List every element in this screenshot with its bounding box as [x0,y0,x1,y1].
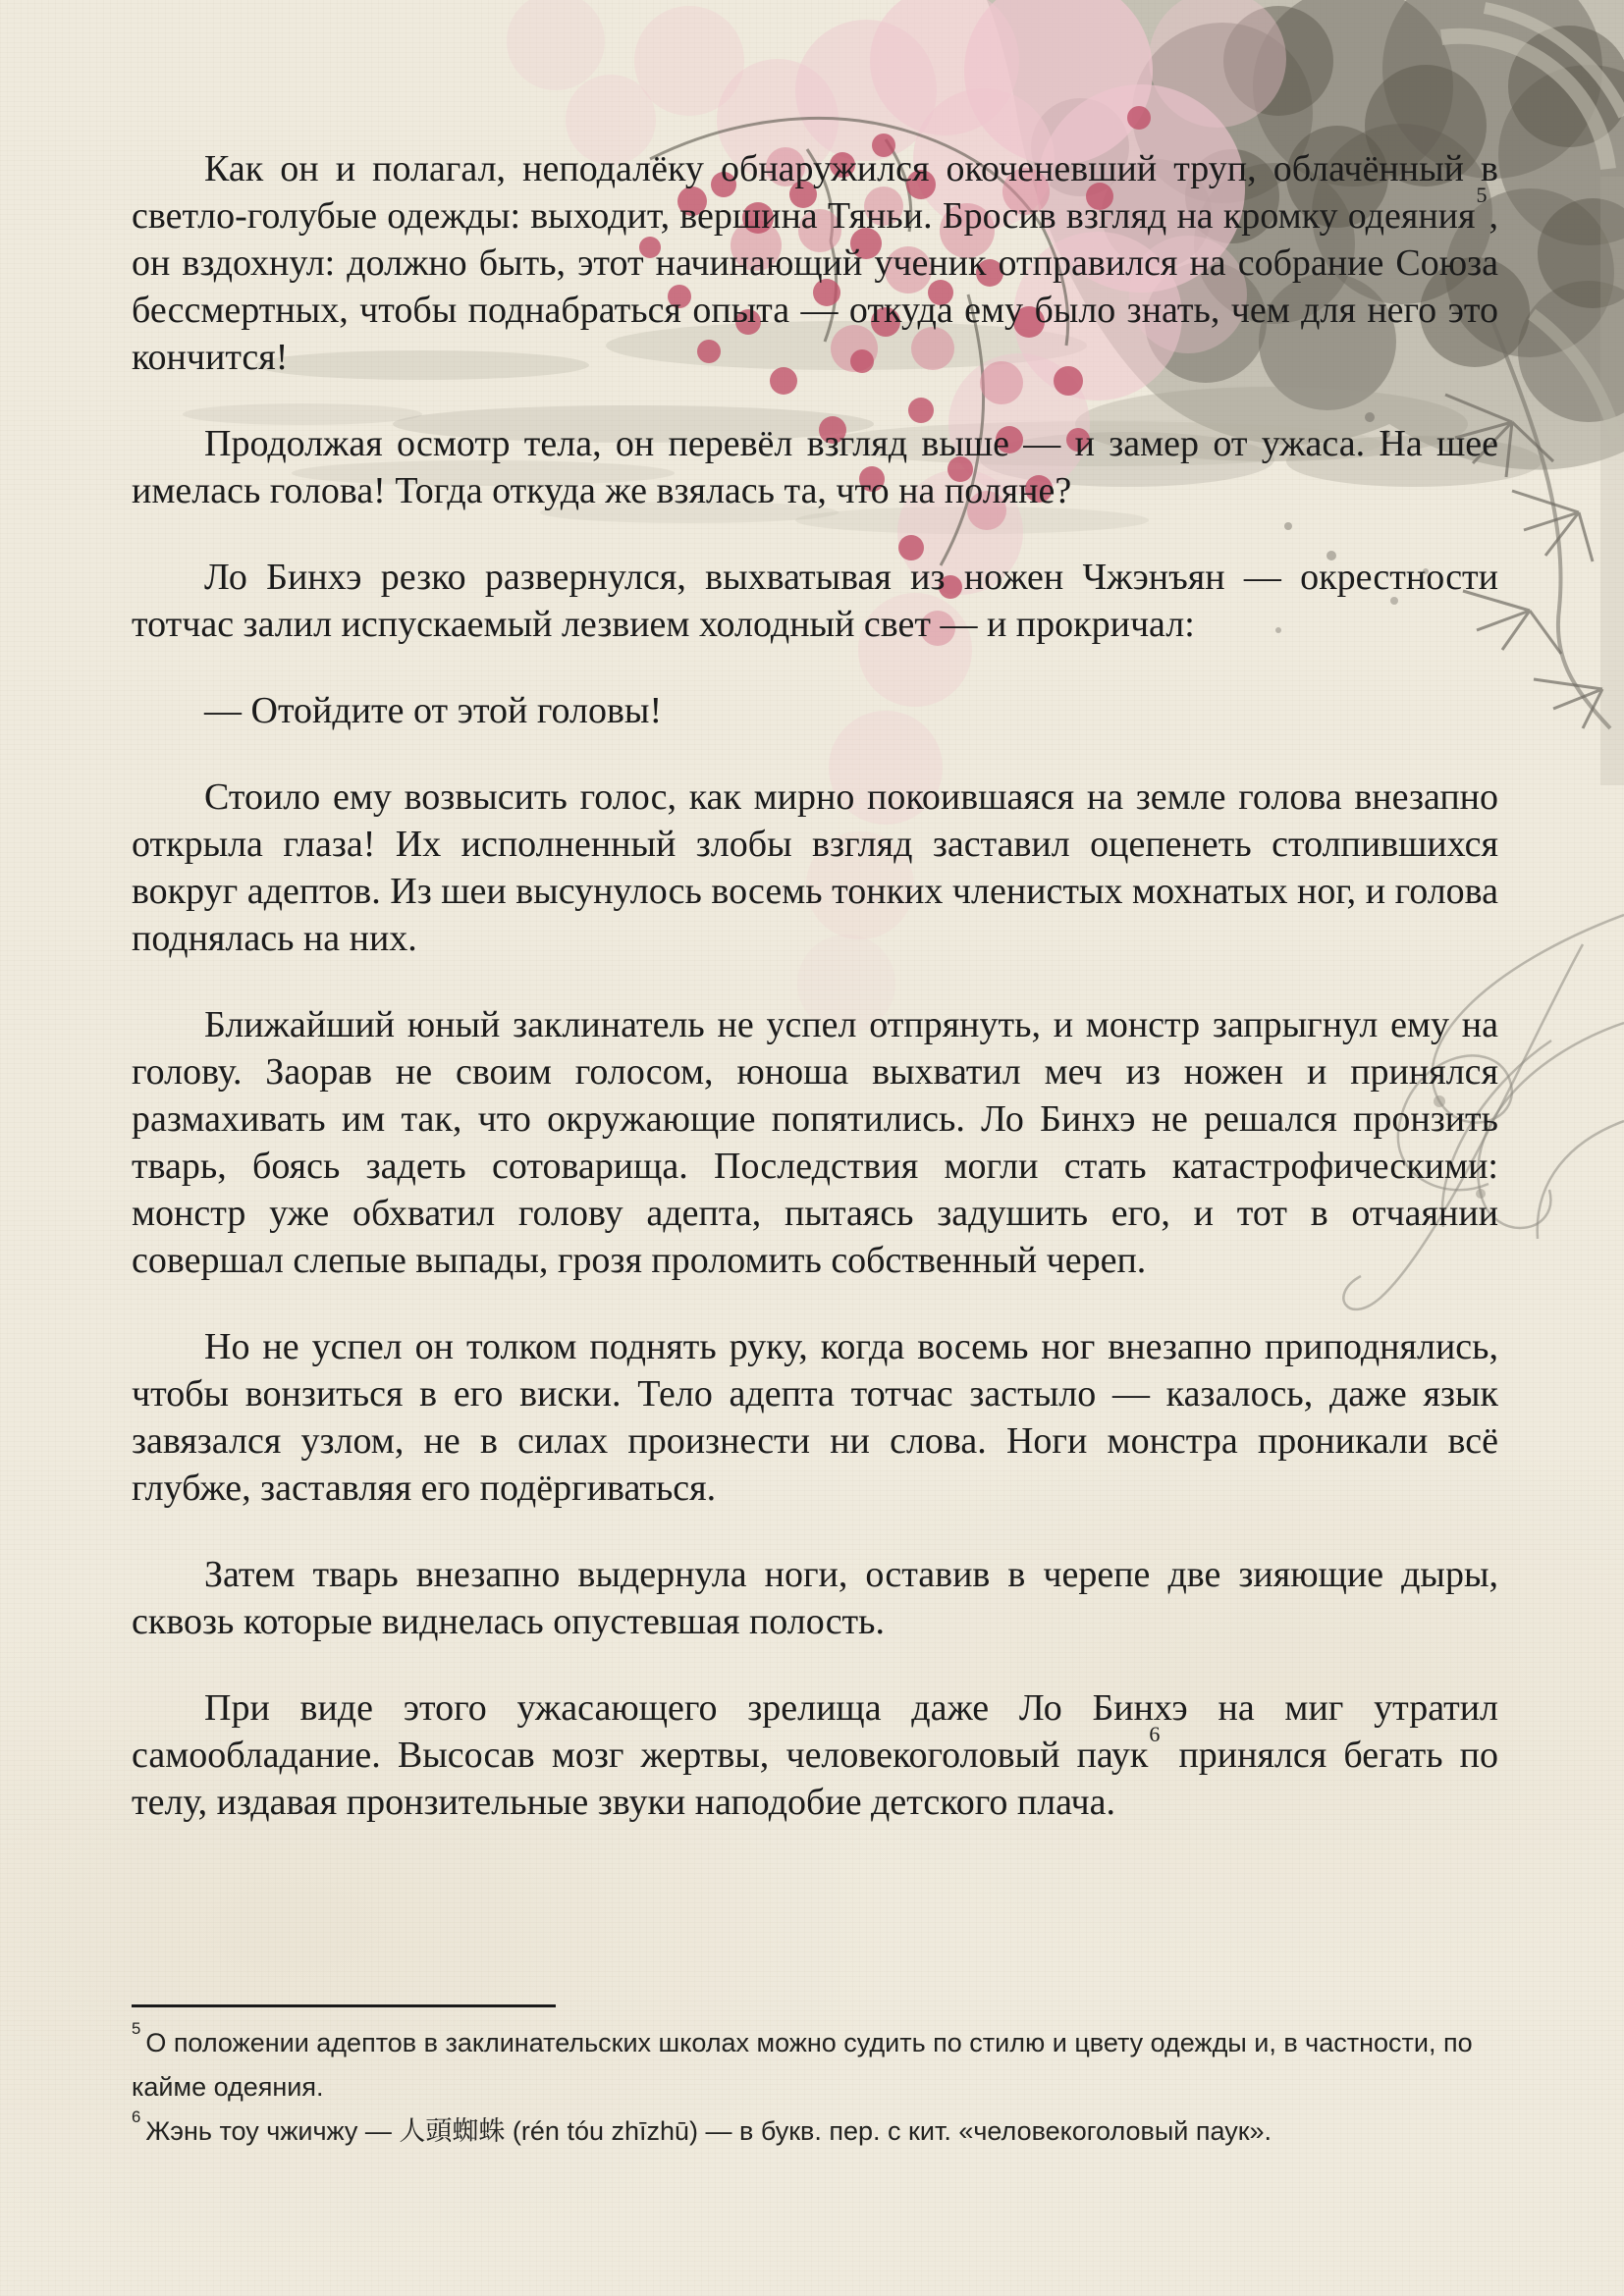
footnote-text: О положении адептов в заклинательских шк… [132,2028,1473,2102]
footnote-number: 5 [132,2019,140,2038]
paragraph-5: Стоило ему возвысить голос, как мирно по… [132,774,1498,962]
paragraph-3: Ло Бинхэ резко развернулся, выхватывая и… [132,554,1498,648]
paragraph-8: Затем тварь внезапно выдернула ноги, ост… [132,1551,1498,1645]
footnote-5: 5О положении адептов в заклинательских ш… [132,2021,1498,2109]
footnote-separator [132,2004,556,2007]
paragraph-text: Но не успел он толком поднять руку, когд… [132,1326,1498,1509]
footnote-text: Жэнь тоу чжичжу — 人頭蜘蛛 (rén tóu zhīzhū) … [145,2116,1272,2146]
paragraph-text: Продолжая осмотр тела, он перевёл взгляд… [132,423,1498,511]
paragraph-text: Ло Бинхэ резко развернулся, выхватывая и… [132,557,1498,645]
footnote-6: 6Жэнь тоу чжичжу — 人頭蜘蛛 (rén tóu zhīzhū)… [132,2109,1498,2154]
paragraph-7: Но не успел он толком поднять руку, когд… [132,1323,1498,1512]
paragraph-9: При виде этого ужасающего зрелища даже Л… [132,1684,1498,1826]
book-page: Как он и полагал, неподалёку обнаружился… [0,0,1624,2296]
paragraph-4-dialogue: — Отойдите от этой головы! [132,687,1498,734]
footnote-ref-5: 5 [1476,183,1487,207]
paragraph-2: Продолжая осмотр тела, он перевёл взгляд… [132,420,1498,514]
paragraph-text: Как он и полагал, неподалёку обнаружился… [132,148,1498,237]
paragraph-text: Ближайший юный заклинатель не успел отпр… [132,1004,1498,1281]
footnote-number: 6 [132,2108,140,2126]
paragraph-6: Ближайший юный заклинатель не успел отпр… [132,1001,1498,1284]
footnote-ref-6: 6 [1149,1722,1160,1746]
paragraph-1: Как он и полагал, неподалёку обнаружился… [132,145,1498,381]
paragraph-text: — Отойдите от этой головы! [204,690,662,731]
paragraph-text: Затем тварь внезапно выдернула ноги, ост… [132,1554,1498,1642]
body-text: Как он и полагал, неподалёку обнаружился… [132,145,1498,1865]
paragraph-text: Стоило ему возвысить голос, как мирно по… [132,776,1498,959]
footnotes-section: 5О положении адептов в заклинательских ш… [132,2004,1498,2154]
